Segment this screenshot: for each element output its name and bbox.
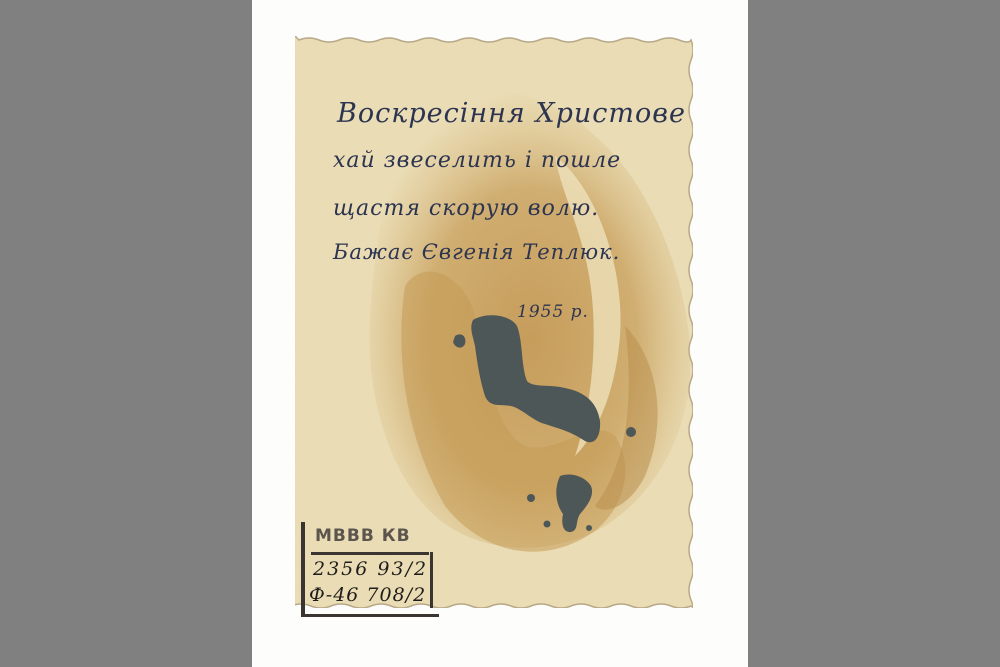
right-gray-margin [748,0,1000,667]
stamp-number-2: Ф-46 708/2 [309,584,426,606]
handwritten-signature: Бажає Євгенія Теплюк. [333,240,620,264]
stamp-number-1: 2356 93/2 [313,558,428,580]
archive-stamp: МВВВ КВ 2356 93/2 Ф-46 708/2 [301,522,435,614]
left-gray-margin [0,0,252,667]
handwritten-line-3: щастя скорую волю. [333,196,599,221]
handwritten-line-2: хай звеселить і пошле [333,148,621,173]
photo-card-back: Воскресіння Христове хай звеселить і пош… [295,36,715,630]
handwritten-date: 1955 р. [517,302,589,322]
stamp-header: МВВВ КВ [315,526,411,546]
handwritten-line-1: Воскресіння Христове [337,98,686,129]
